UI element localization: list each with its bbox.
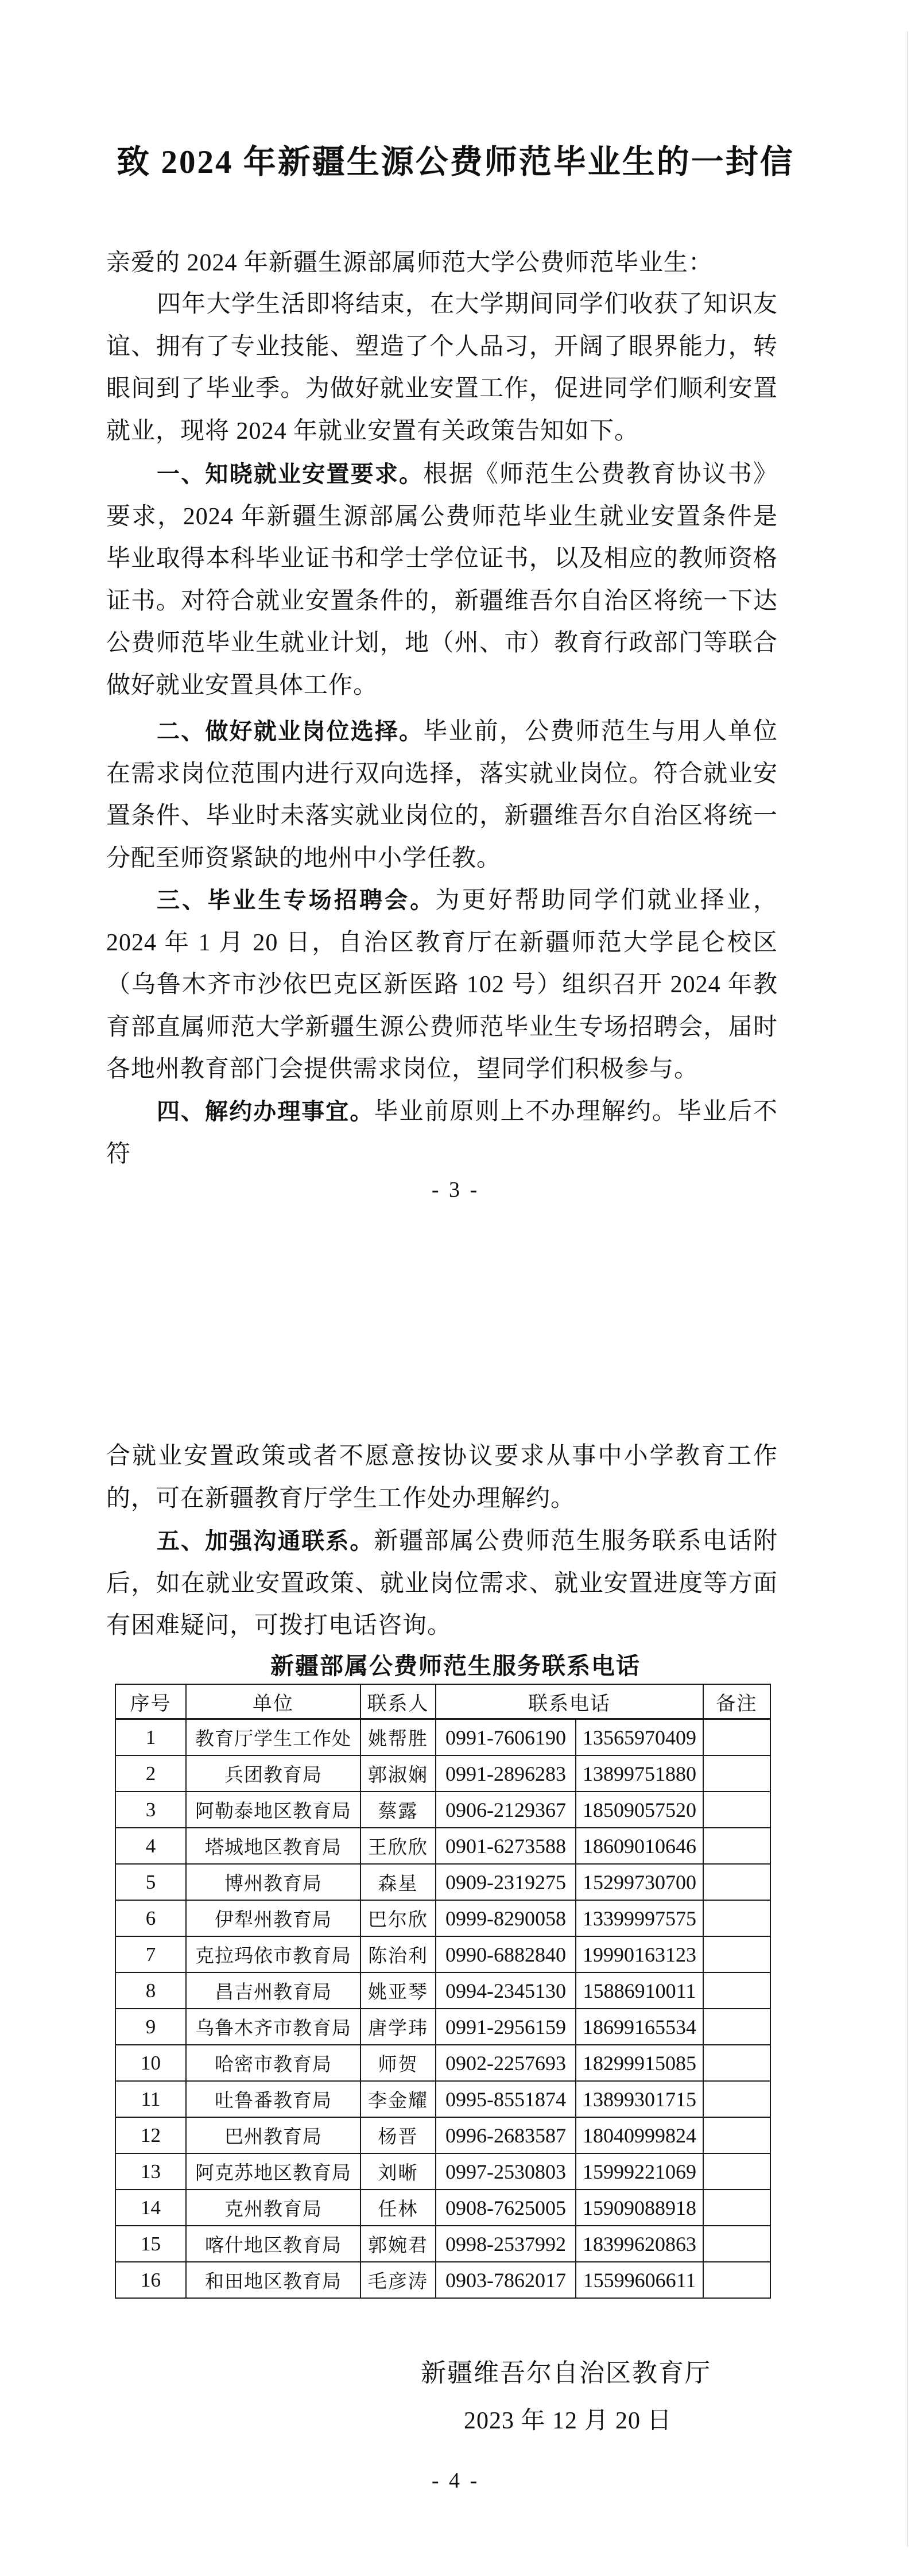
cell-note [703, 2045, 770, 2081]
cell-unit: 巴州教育局 [186, 2117, 360, 2153]
cell-no: 4 [115, 1828, 186, 1864]
cell-phone-office: 0991-7606190 [436, 1719, 576, 1756]
cell-contact: 唐学玮 [360, 2009, 436, 2045]
section-5: 五、加强沟通联系。新疆部属公费师范生服务联系电话附后，如在就业安置政策、就业岗位… [106, 1521, 778, 1647]
section-1-body: 根据《师范生公费教育协议书》要求，2024 年新疆生源部属公费师范毕业生就业安置… [106, 461, 778, 699]
section-4-heading: 四、解约办理事宜。 [157, 1099, 374, 1124]
cell-contact: 森星 [360, 1864, 436, 1900]
cell-note [703, 2117, 770, 2153]
table-row: 8昌吉州教育局姚亚琴0994-234513015886910011 [115, 1972, 770, 2009]
cell-note [703, 1972, 770, 2009]
table-row: 15喀什地区教育局郭婉君0998-253799218399620863 [115, 2226, 770, 2262]
cell-no: 14 [115, 2190, 186, 2226]
cell-contact: 郭淑娴 [360, 1755, 436, 1792]
cell-phone-mobile: 15886910011 [576, 1972, 703, 2009]
section-4: 四、解约办理事宜。毕业前原则上不办理解约。毕业后不符 [106, 1091, 778, 1175]
table-row: 2兵团教育局郭淑娴0991-289628313899751880 [115, 1755, 770, 1792]
cell-phone-office: 0996-2683587 [436, 2117, 576, 2153]
cell-phone-office: 0901-6273588 [436, 1828, 576, 1864]
cell-unit: 吐鲁番教育局 [186, 2081, 360, 2117]
cell-no: 1 [115, 1719, 186, 1756]
cell-contact: 毛彦涛 [360, 2262, 436, 2298]
header-note: 备注 [703, 1684, 770, 1719]
cell-contact: 杨晋 [360, 2117, 436, 2153]
salutation: 亲爱的 2024 年新疆生源部属师范大学公费师范毕业生： [106, 242, 778, 285]
cell-phone-mobile: 18040999824 [576, 2117, 703, 2153]
table-row: 1教育厅学生工作处姚帮胜0991-760619013565970409 [115, 1719, 770, 1756]
cell-phone-mobile: 13899301715 [576, 2081, 703, 2117]
section-3-heading: 三、毕业生专场招聘会。 [157, 888, 435, 913]
cell-note [703, 2081, 770, 2117]
section-2: 二、做好就业岗位选择。毕业前，公费师范生与用人单位在需求岗位范围内进行双向选择，… [106, 711, 778, 880]
section-4-continuation: 合就业安置政策或者不愿意按协议要求从事中小学教育工作的，可在新疆教育厅学生工作处… [106, 1436, 778, 1520]
letter-title: 致 2024 年新疆生源公费师范毕业生的一封信 [0, 136, 911, 183]
scan-edge-artifact [907, 32, 908, 2547]
cell-contact: 任林 [360, 2190, 436, 2226]
cell-note [703, 2190, 770, 2226]
cell-note [703, 2153, 770, 2190]
cell-phone-mobile: 13899751880 [576, 1755, 703, 1792]
section-2-heading: 二、做好就业岗位选择。 [157, 719, 423, 744]
table-row: 3阿勒泰地区教育局蔡露0906-212936718509057520 [115, 1792, 770, 1828]
cell-no: 11 [115, 2081, 186, 2117]
cell-unit: 喀什地区教育局 [186, 2226, 360, 2262]
cell-phone-office: 0999-8290058 [436, 1900, 576, 1936]
section-1-heading: 一、知晓就业安置要求。 [157, 462, 423, 487]
section-3-body: 为更好帮助同学们就业择业，2024 年 1 月 20 日，自治区教育厅在新疆师范… [106, 887, 778, 1082]
cell-unit: 克拉玛依市教育局 [186, 1936, 360, 1972]
cell-unit: 伊犁州教育局 [186, 1900, 360, 1936]
contacts-table: 序号 单位 联系人 联系电话 备注 1教育厅学生工作处姚帮胜0991-76061… [115, 1684, 771, 2299]
section-5-heading: 五、加强沟通联系。 [157, 1529, 374, 1554]
page-number-4: - 4 - [0, 2468, 911, 2493]
cell-phone-office: 0994-2345130 [436, 1972, 576, 2009]
cell-no: 3 [115, 1792, 186, 1828]
scanned-letter-page: 致 2024 年新疆生源公费师范毕业生的一封信 亲爱的 2024 年新疆生源部属… [0, 0, 911, 2576]
cell-phone-mobile: 15599606611 [576, 2262, 703, 2298]
signoff-date: 2023 年 12 月 20 日 [464, 2401, 672, 2436]
cell-phone-office: 0995-8551874 [436, 2081, 576, 2117]
cell-no: 16 [115, 2262, 186, 2298]
page-number-3: - 3 - [0, 1177, 911, 1202]
paragraph-intro: 四年大学生活即将结束，在大学期间同学们收获了知识友谊、拥有了专业技能、塑造了个人… [106, 284, 778, 452]
cell-contact: 姚帮胜 [360, 1719, 436, 1756]
cell-contact: 蔡露 [360, 1792, 436, 1828]
table-row: 7克拉玛依市教育局陈治利0990-688284019990163123 [115, 1936, 770, 1972]
cell-no: 12 [115, 2117, 186, 2153]
table-header-row: 序号 单位 联系人 联系电话 备注 [115, 1684, 770, 1719]
header-phone: 联系电话 [436, 1684, 703, 1719]
cell-note [703, 2009, 770, 2045]
section-3: 三、毕业生专场招聘会。为更好帮助同学们就业择业，2024 年 1 月 20 日，… [106, 880, 778, 1091]
table-row: 14克州教育局任林0908-762500515909088918 [115, 2190, 770, 2226]
table-row: 10哈密市教育局师贺0902-225769318299915085 [115, 2045, 770, 2081]
cell-contact: 师贺 [360, 2045, 436, 2081]
cell-note [703, 1755, 770, 1792]
cell-contact: 李金耀 [360, 2081, 436, 2117]
cell-phone-mobile: 18299915085 [576, 2045, 703, 2081]
cell-unit: 博州教育局 [186, 1864, 360, 1900]
cell-unit: 克州教育局 [186, 2190, 360, 2226]
cell-unit: 和田地区教育局 [186, 2262, 360, 2298]
cell-unit: 教育厅学生工作处 [186, 1719, 360, 1756]
cell-unit: 昌吉州教育局 [186, 1972, 360, 2009]
cell-contact: 刘晰 [360, 2153, 436, 2190]
cell-phone-mobile: 13399997575 [576, 1900, 703, 1936]
cell-no: 15 [115, 2226, 186, 2262]
header-unit: 单位 [186, 1684, 360, 1719]
cell-phone-office: 0991-2896283 [436, 1755, 576, 1792]
cell-phone-mobile: 13565970409 [576, 1719, 703, 1756]
header-contact: 联系人 [360, 1684, 436, 1719]
cell-note [703, 1792, 770, 1828]
cell-phone-office: 0991-2956159 [436, 2009, 576, 2045]
cell-note [703, 1936, 770, 1972]
cell-contact: 巴尔欣 [360, 1900, 436, 1936]
cell-phone-office: 0998-2537992 [436, 2226, 576, 2262]
table-row: 5博州教育局森星0909-231927515299730700 [115, 1864, 770, 1900]
cell-phone-mobile: 18509057520 [576, 1792, 703, 1828]
cell-phone-mobile: 18699165534 [576, 2009, 703, 2045]
paragraph-intro-text: 四年大学生活即将结束，在大学期间同学们收获了知识友谊、拥有了专业技能、塑造了个人… [106, 291, 778, 444]
cell-phone-office: 0997-2530803 [436, 2153, 576, 2190]
cell-no: 5 [115, 1864, 186, 1900]
cell-phone-mobile: 18609010646 [576, 1828, 703, 1864]
table-row: 6伊犁州教育局巴尔欣0999-829005813399997575 [115, 1900, 770, 1936]
cell-note [703, 2226, 770, 2262]
contacts-table-title: 新疆部属公费师范生服务联系电话 [0, 1647, 911, 1681]
cell-note [703, 1719, 770, 1756]
cell-note [703, 1900, 770, 1936]
table-row: 4塔城地区教育局王欣欣0901-627358818609010646 [115, 1828, 770, 1864]
cell-no: 7 [115, 1936, 186, 1972]
table-row: 11吐鲁番教育局李金耀0995-855187413899301715 [115, 2081, 770, 2117]
cell-phone-office: 0909-2319275 [436, 1864, 576, 1900]
cell-no: 2 [115, 1755, 186, 1792]
cell-no: 10 [115, 2045, 186, 2081]
cell-phone-mobile: 15299730700 [576, 1864, 703, 1900]
cell-contact: 郭婉君 [360, 2226, 436, 2262]
table-row: 16和田地区教育局毛彦涛0903-786201715599606611 [115, 2262, 770, 2298]
section-1: 一、知晓就业安置要求。根据《师范生公费教育协议书》要求，2024 年新疆生源部属… [106, 454, 778, 707]
cell-unit: 乌鲁木齐市教育局 [186, 2009, 360, 2045]
cell-unit: 哈密市教育局 [186, 2045, 360, 2081]
table-row: 9乌鲁木齐市教育局唐学玮0991-295615918699165534 [115, 2009, 770, 2045]
cell-phone-office: 0902-2257693 [436, 2045, 576, 2081]
cell-unit: 塔城地区教育局 [186, 1828, 360, 1864]
cell-contact: 王欣欣 [360, 1828, 436, 1864]
cell-no: 6 [115, 1900, 186, 1936]
cell-no: 8 [115, 1972, 186, 2009]
cell-phone-office: 0906-2129367 [436, 1792, 576, 1828]
cell-no: 9 [115, 2009, 186, 2045]
table-row: 12巴州教育局杨晋0996-268358718040999824 [115, 2117, 770, 2153]
cell-no: 13 [115, 2153, 186, 2190]
cell-note [703, 1828, 770, 1864]
cell-contact: 陈治利 [360, 1936, 436, 1972]
cell-phone-office: 0903-7862017 [436, 2262, 576, 2298]
cell-phone-mobile: 18399620863 [576, 2226, 703, 2262]
signoff-organization: 新疆维吾尔自治区教育厅 [421, 2352, 711, 2389]
cell-phone-office: 0908-7625005 [436, 2190, 576, 2226]
cell-unit: 阿克苏地区教育局 [186, 2153, 360, 2190]
section-4-continuation-text: 合就业安置政策或者不愿意按协议要求从事中小学教育工作的，可在新疆教育厅学生工作处… [106, 1443, 778, 1512]
cell-unit: 兵团教育局 [186, 1755, 360, 1792]
cell-phone-mobile: 15909088918 [576, 2190, 703, 2226]
cell-note [703, 1864, 770, 1900]
cell-note [703, 2262, 770, 2298]
cell-contact: 姚亚琴 [360, 1972, 436, 2009]
cell-phone-mobile: 15999221069 [576, 2153, 703, 2190]
cell-unit: 阿勒泰地区教育局 [186, 1792, 360, 1828]
table-row: 13阿克苏地区教育局刘晰0997-253080315999221069 [115, 2153, 770, 2190]
header-no: 序号 [115, 1684, 186, 1719]
cell-phone-mobile: 19990163123 [576, 1936, 703, 1972]
cell-phone-office: 0990-6882840 [436, 1936, 576, 1972]
